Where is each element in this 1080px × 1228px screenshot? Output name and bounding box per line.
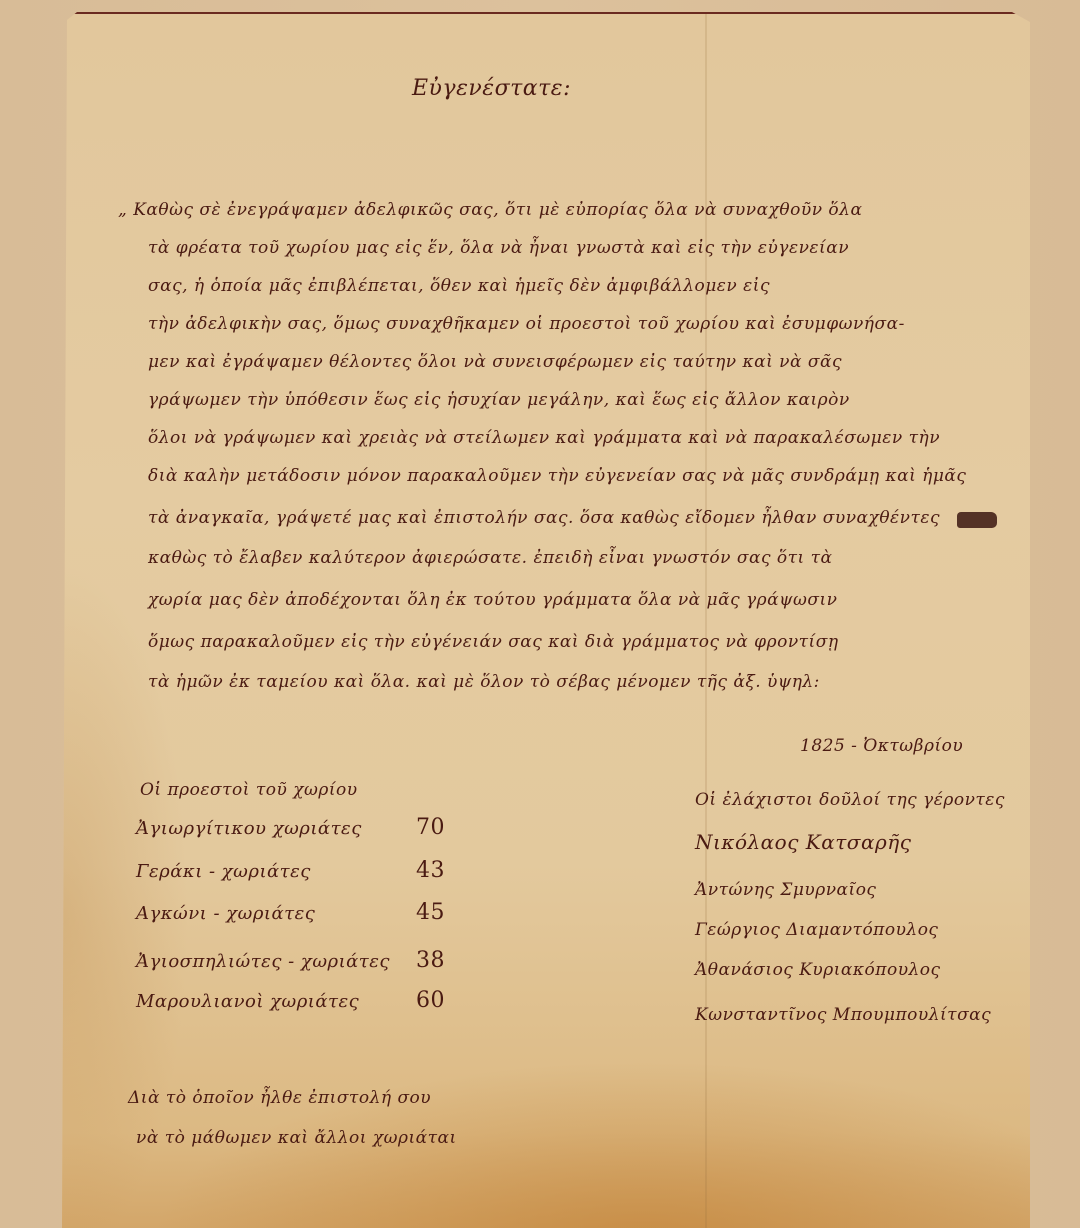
village-name: Μαρουλιανοὶ χωριάτες <box>136 991 416 1012</box>
village-count: 70 <box>416 815 445 840</box>
village-row: Μαρουλιανοὶ χωριάτες60 <box>136 988 445 1013</box>
body-line-13: τὰ ἡμῶν ἐκ ταμείου καὶ ὅλα. καὶ μὲ ὅλον … <box>148 672 820 692</box>
village-name: Αγκώνι - χωριάτες <box>136 903 416 924</box>
letter-date: 1825 - Ὀκτωβρίου <box>800 736 963 756</box>
village-count: 38 <box>416 948 445 973</box>
village-name: Ἀγιοσπηλιώτες - χωριάτες <box>136 951 416 972</box>
signature-1: Νικόλαος Κατσαρῆς <box>695 830 911 854</box>
body-line-11: χωρία μας δὲν ἀποδέχονται ὅλη ἐκ τούτου … <box>148 590 837 610</box>
village-row: Γεράκι - χωριάτες43 <box>136 858 445 883</box>
signature-3: Γεώργιος Διαμαντόπουλος <box>695 920 938 940</box>
postscript-line-2: νὰ τὸ μάθωμεν καὶ ἄλλοι χωριάται <box>136 1128 457 1148</box>
village-count: 45 <box>416 900 445 925</box>
body-line-3: σας, ἡ ὁποία μᾶς ἐπιβλέπεται, ὅθεν καὶ ἡ… <box>148 276 770 296</box>
signature-2: Ἀντώνης Σμυρναῖος <box>695 880 876 900</box>
signature-4: Ἀθανάσιος Κυριακόπουλος <box>695 960 941 980</box>
body-line-5: μεν καὶ ἐγράψαμεν θέλοντες ὅλοι νὰ συνει… <box>148 352 842 372</box>
village-row: Ἀγιωργίτικου χωριάτες70 <box>136 815 445 840</box>
village-row: Αγκώνι - χωριάτες45 <box>136 900 445 925</box>
paper-fold <box>705 14 707 1228</box>
village-name: Γεράκι - χωριάτες <box>136 861 416 882</box>
body-line-2: τὰ φρέατα τοῦ χωρίου μας εἰς ἕν, ὅλα νὰ … <box>148 238 849 258</box>
body-line-12: ὅμως παρακαλοῦμεν εἰς τὴν εὐγένειάν σας … <box>148 632 839 652</box>
village-row: Ἀγιοσπηλιώτες - χωριάτες38 <box>136 948 445 973</box>
village-list-heading: Οἱ προεστοὶ τοῦ χωρίου <box>140 780 358 800</box>
letter-salutation: Εὐγενέστατε: <box>412 76 571 101</box>
signature-5: Κωνσταντῖνος Μπουμπουλίτσας <box>695 1005 991 1025</box>
body-line-1: „ Καθὼς σὲ ἐνεγράψαμεν ἀδελφικῶς σας, ὅτ… <box>118 200 862 220</box>
body-line-10: καθὼς τὸ ἔλαβεν καλύτερον ἀφιερώσατε. ἐπ… <box>148 548 832 568</box>
village-count: 60 <box>416 988 445 1013</box>
body-line-9: τὰ ἀναγκαῖα, γράψετέ μας καὶ ἐπιστολήν σ… <box>148 508 940 528</box>
body-line-7: ὅλοι νὰ γράψωμεν καὶ χρειὰς νὰ στείλωμεν… <box>148 428 940 448</box>
signatures-heading: Οἱ ἐλάχιστοι δοῦλοί της γέροντες <box>695 790 1005 810</box>
ink-blot <box>957 512 997 528</box>
letter-paper <box>62 12 1030 1228</box>
postscript-line-1: Διὰ τὸ ὁποῖον ἦλθε ἐπιστολή σου <box>128 1088 431 1108</box>
body-line-8: διὰ καλὴν μετάδοσιν μόνον παρακαλοῦμεν τ… <box>148 466 966 486</box>
body-line-4: τὴν ἀδελφικὴν σας, ὅμως συναχθῆκαμεν οἱ … <box>148 314 905 334</box>
village-count: 43 <box>416 858 445 883</box>
body-line-6: γράψωμεν τὴν ὑπόθεσιν ἕως εἰς ἡσυχίαν με… <box>148 390 850 410</box>
village-name: Ἀγιωργίτικου χωριάτες <box>136 818 416 839</box>
